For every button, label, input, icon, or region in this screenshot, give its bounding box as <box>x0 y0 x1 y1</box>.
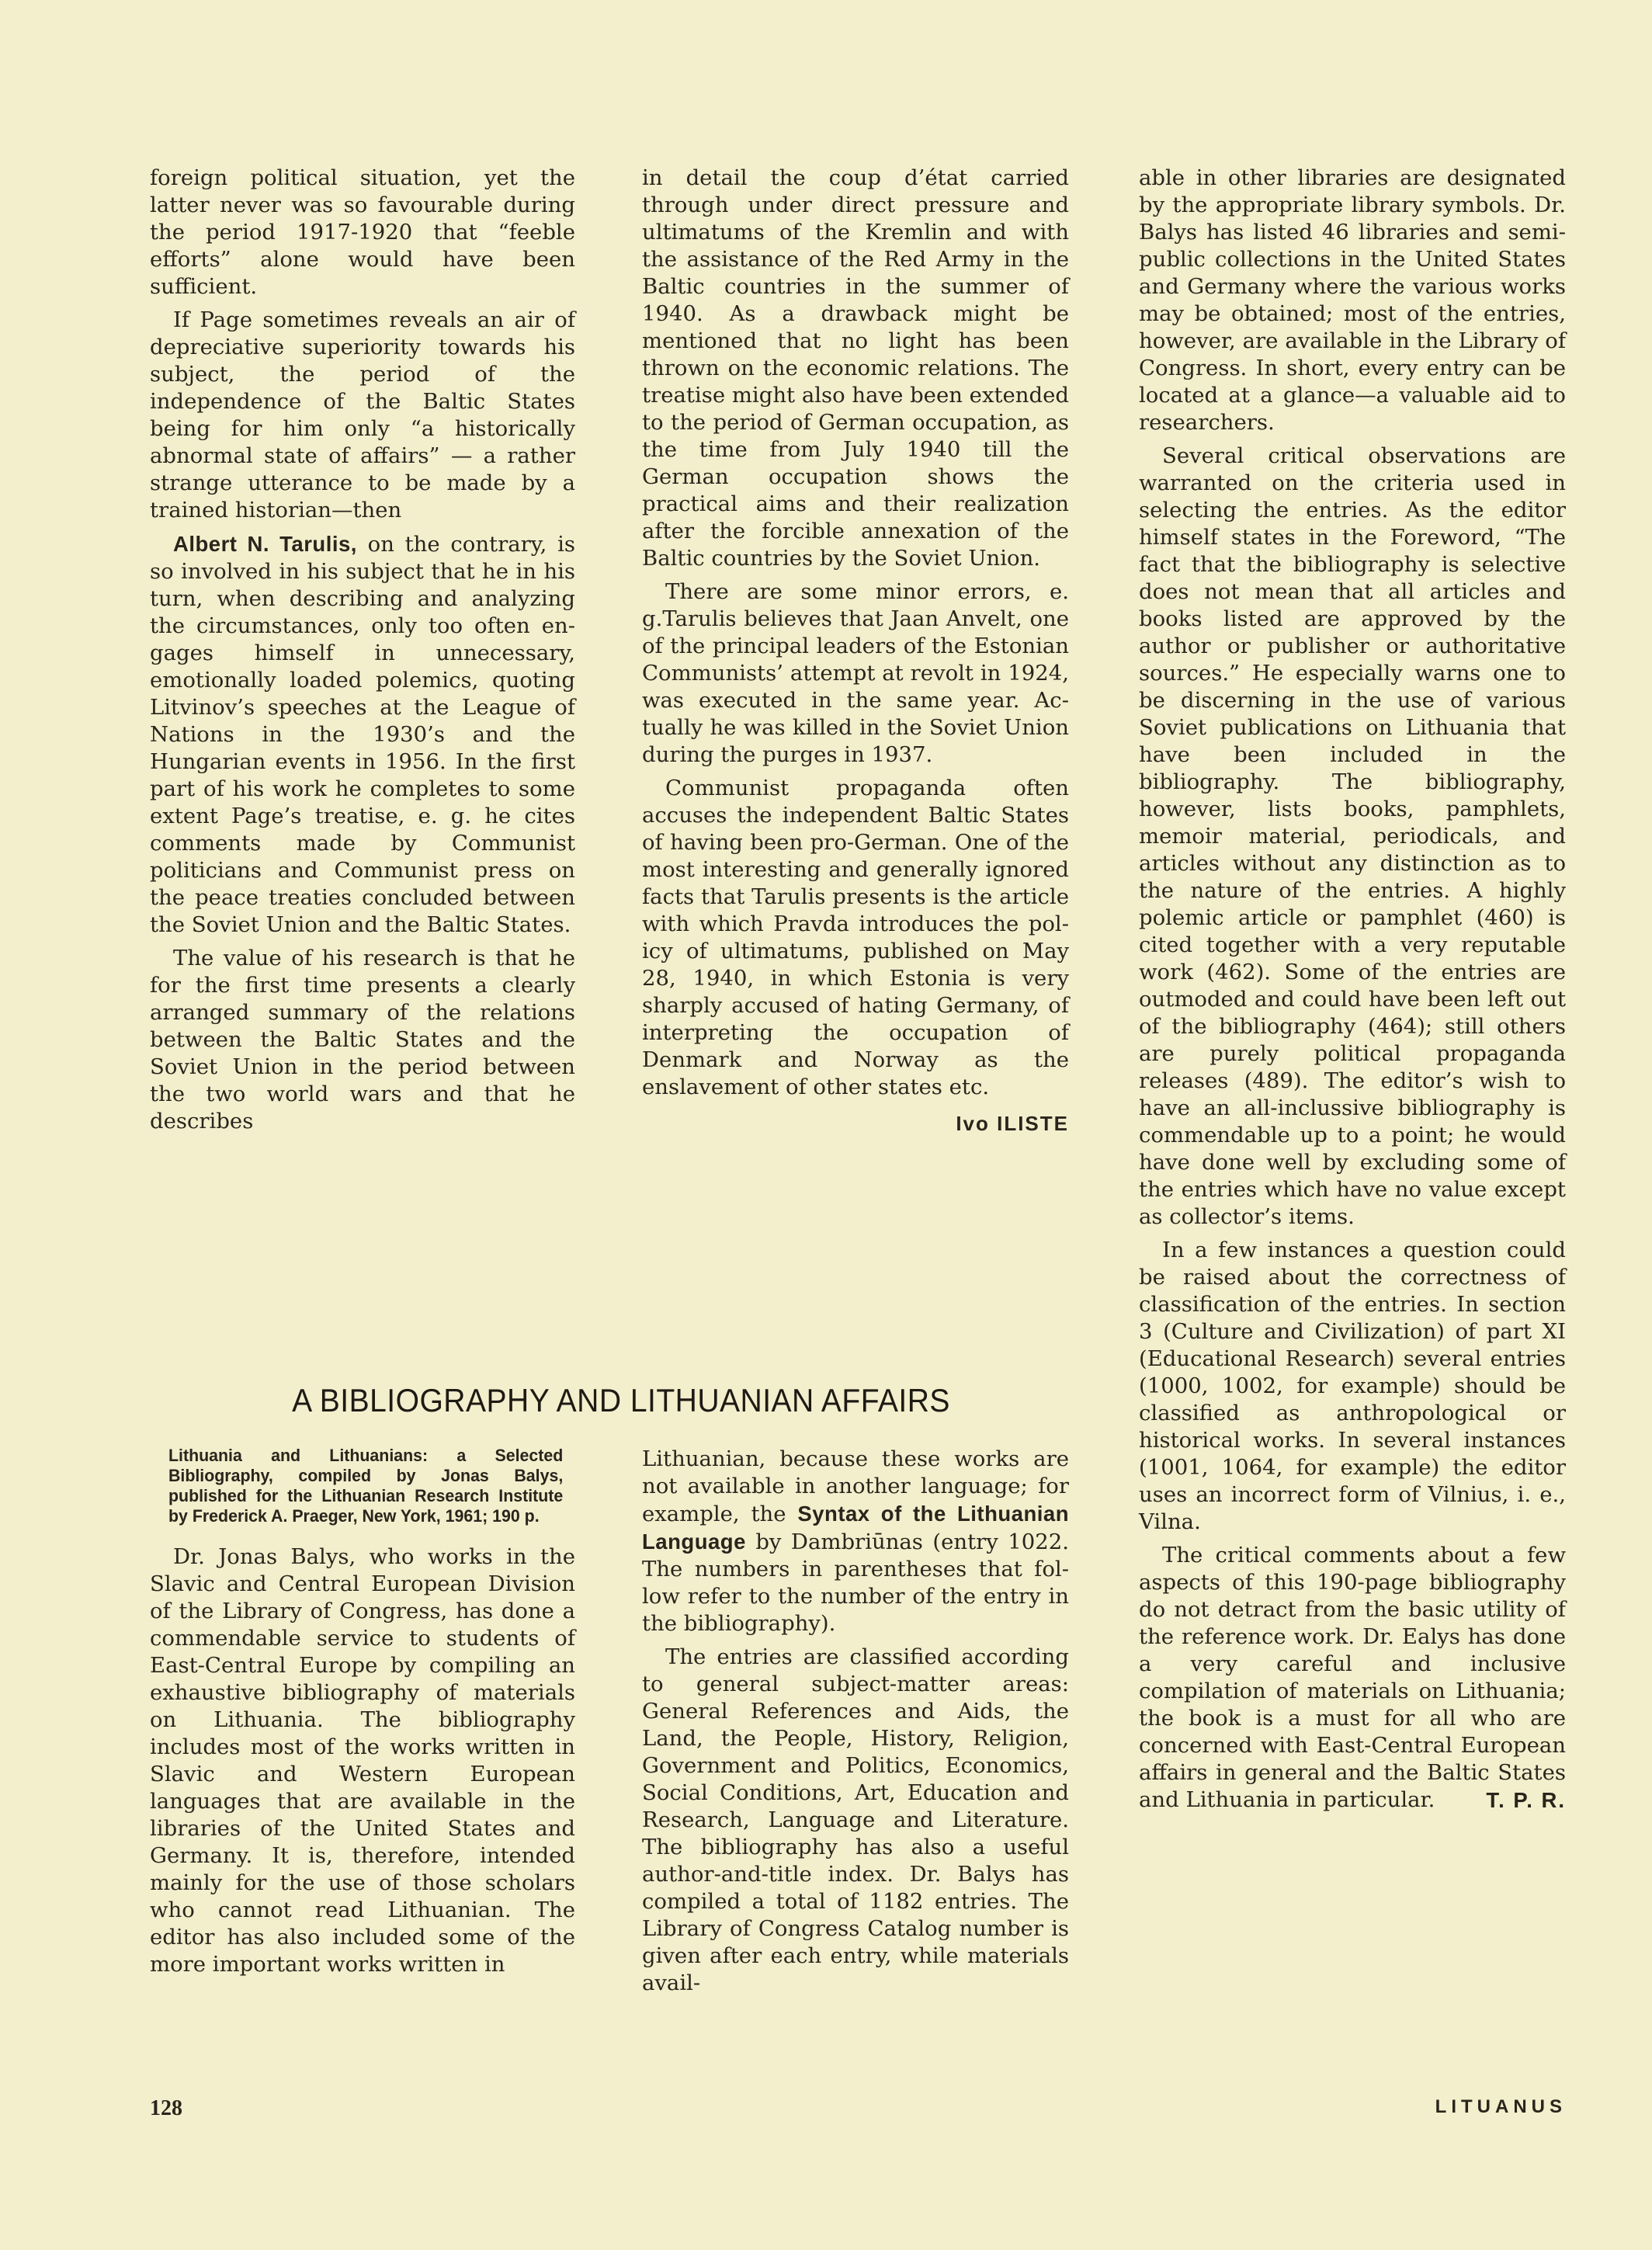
review2-signature: T. P. R. <box>1463 1786 1566 1814</box>
author-name: Albert N. Tarulis, <box>173 532 357 556</box>
paragraph: The value of his research is that he for… <box>150 945 575 1135</box>
review2-column-2: Lithuanian, because these works are not … <box>642 1446 1069 2003</box>
paragraph: If Page sometimes reveals an air of depr… <box>150 307 575 524</box>
paragraph-final: The critical comments about a few aspect… <box>1139 1542 1566 1814</box>
paragraph-tarulis: Albert N. Tarulis, on the con­trary, is … <box>150 530 575 939</box>
review2-column-3: able in other libraries are desig­nated … <box>1139 165 1566 1820</box>
journal-name: LITUANUS <box>1435 2096 1567 2118</box>
paragraph-intro: Lithuanian, because these works are not … <box>642 1446 1069 1637</box>
page-number: 128 <box>150 2096 182 2121</box>
paragraph: The entries are classified ac­cording to… <box>642 1644 1069 1997</box>
review2-column-1: Lithuania and Lithuanians: a Selected Bi… <box>150 1446 575 1984</box>
paragraph: Several critical observations are warran… <box>1139 443 1566 1231</box>
paragraph: In a few instances a question could be r… <box>1139 1237 1566 1536</box>
review1-column-1: foreign political situation, yet the lat… <box>150 165 575 1141</box>
paragraph: There are some minor errors, e. g.Taruli… <box>642 578 1069 769</box>
review1-column-2: in detail the coup d’état carried throug… <box>642 165 1069 1137</box>
paragraph-text: on the con­trary, is so involved in his … <box>150 532 575 937</box>
paragraph: Communist propaganda often accuses the i… <box>642 775 1069 1101</box>
paragraph: Dr. Jonas Balys, who works in the Slavic… <box>150 1543 575 1978</box>
paragraph-text: The critical comments about a few aspect… <box>1139 1543 1566 1812</box>
paragraph: able in other libraries are desig­nated … <box>1139 165 1566 436</box>
review1-signature: Ivo ILISTE <box>642 1110 1069 1137</box>
paragraph: foreign political situation, yet the lat… <box>150 165 575 300</box>
book-citation: Lithuania and Lithuanians: a Selected Bi… <box>168 1446 563 1526</box>
paragraph: in detail the coup d’état carried throug… <box>642 165 1069 572</box>
article-title: A BIBLIOGRAPHY AND LITHUANIAN AFFAIRS <box>173 1382 1068 1419</box>
